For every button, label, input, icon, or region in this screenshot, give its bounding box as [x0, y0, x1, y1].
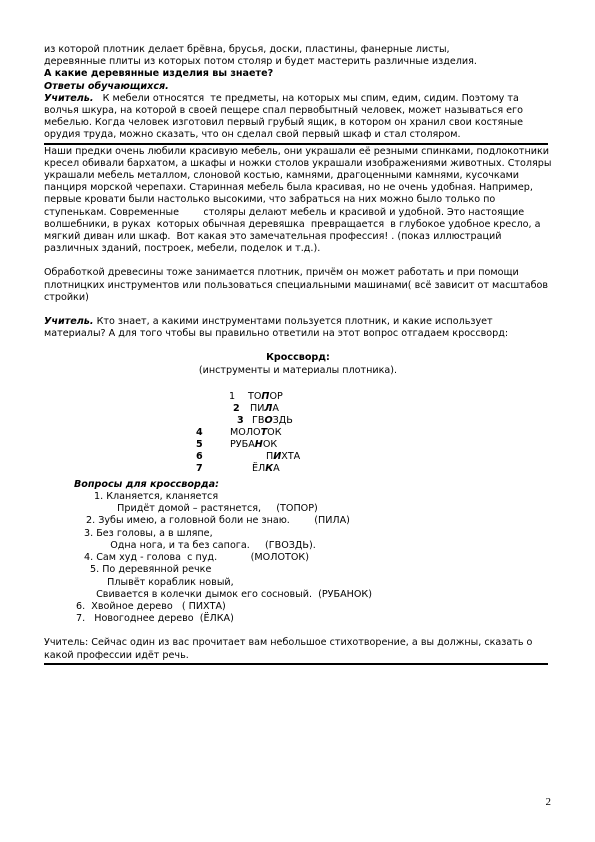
- crossword-word: ЁЛКА: [252, 463, 280, 475]
- crossword-word: ПИЛА: [250, 403, 279, 415]
- crossword-number: 1: [229, 391, 235, 403]
- question-line: Плывёт кораблик новый,: [98, 577, 552, 589]
- crossword-grid: 1ТОПОР2ПИЛА3ГВОЗДЬ4МОЛОТОК5РУБАНОК6ПИХТА…: [44, 379, 552, 465]
- question-line: 2. Зубы имею, а головной боли не знаю. (…: [86, 515, 552, 527]
- crossword-word: РУБАНОК: [230, 439, 277, 451]
- crossword-word: МОЛОТОК: [230, 427, 282, 439]
- crossword-number: 4: [196, 427, 203, 439]
- woodwork-paragraph: Обработкой древесины тоже занимается пло…: [44, 267, 552, 304]
- crossword-number: 6: [196, 451, 203, 463]
- question-line: 6. Хвойное дерево ( ПИХТА): [76, 601, 552, 613]
- crossword-word: ГВОЗДЬ: [252, 415, 293, 427]
- crossword-key-letter: Н: [255, 439, 263, 450]
- crossword-number: 5: [196, 439, 203, 451]
- question-line: 5. По деревянной речке: [90, 564, 552, 576]
- crossword-title: Кроссворд:: [44, 352, 552, 364]
- teacher-label: Учитель.: [44, 93, 94, 104]
- crossword-word: ТОПОР: [248, 391, 283, 403]
- closing-paragraph: Учитель: Сейчас один из вас прочитает ва…: [44, 637, 552, 661]
- teacher-paragraph-1: Учитель. К мебели относятся те предметы,…: [44, 93, 552, 142]
- questions-list: 1. Кланяется, кланяется Придёт домой – р…: [84, 491, 552, 625]
- students-answers: Ответы обучающихся.: [44, 81, 552, 93]
- question-line: Одна нога, и та без сапога. (ГВОЗДЬ).: [98, 540, 552, 552]
- crossword-word: ПИХТА: [266, 451, 300, 463]
- page-number: 2: [546, 796, 552, 808]
- crossword-subtitle: (инструменты и материалы плотника).: [44, 365, 552, 377]
- crossword-number: 3: [237, 415, 244, 427]
- questions-title: Вопросы для кроссворда:: [74, 479, 552, 491]
- teacher-label: Учитель.: [44, 316, 94, 327]
- intro-line-1: из которой плотник делает брёвна, брусья…: [44, 44, 552, 56]
- crossword-key-letter: К: [265, 463, 273, 474]
- history-paragraph: Наши предки очень любили красивую мебель…: [44, 146, 552, 256]
- question-line: Свивается в колечки дымок его сосновый. …: [90, 589, 552, 601]
- question-line: 7. Новогоднее дерево (ЁЛКА): [76, 613, 552, 625]
- crossword-number: 2: [233, 403, 240, 415]
- horizontal-rule: [44, 663, 548, 665]
- teacher-text: К мебели относятся те предметы, на котор…: [44, 93, 526, 141]
- question-line: 4. Сам худ - голова с пуд. (МОЛОТОК): [84, 552, 552, 564]
- horizontal-rule: [44, 143, 548, 145]
- teacher-text: Кто знает, а какими инструментами пользу…: [44, 316, 508, 339]
- question-line: 3. Без головы, а в шляпе,: [84, 528, 552, 540]
- question-line: Придёт домой – растянется, (ТОПОР): [108, 503, 552, 515]
- crossword-number: 7: [196, 463, 203, 475]
- crossword-key-letter: О: [264, 415, 272, 426]
- teacher-paragraph-2: Учитель. Кто знает, а какими инструмента…: [44, 316, 552, 340]
- intro-line-2: деревянные плиты из которых потом столяр…: [44, 56, 552, 68]
- document-page: из которой плотник делает брёвна, брусья…: [44, 44, 552, 666]
- question-line: 1. Кланяется, кланяется: [94, 491, 552, 503]
- intro-question: А какие деревянные изделия вы знаете?: [44, 68, 552, 80]
